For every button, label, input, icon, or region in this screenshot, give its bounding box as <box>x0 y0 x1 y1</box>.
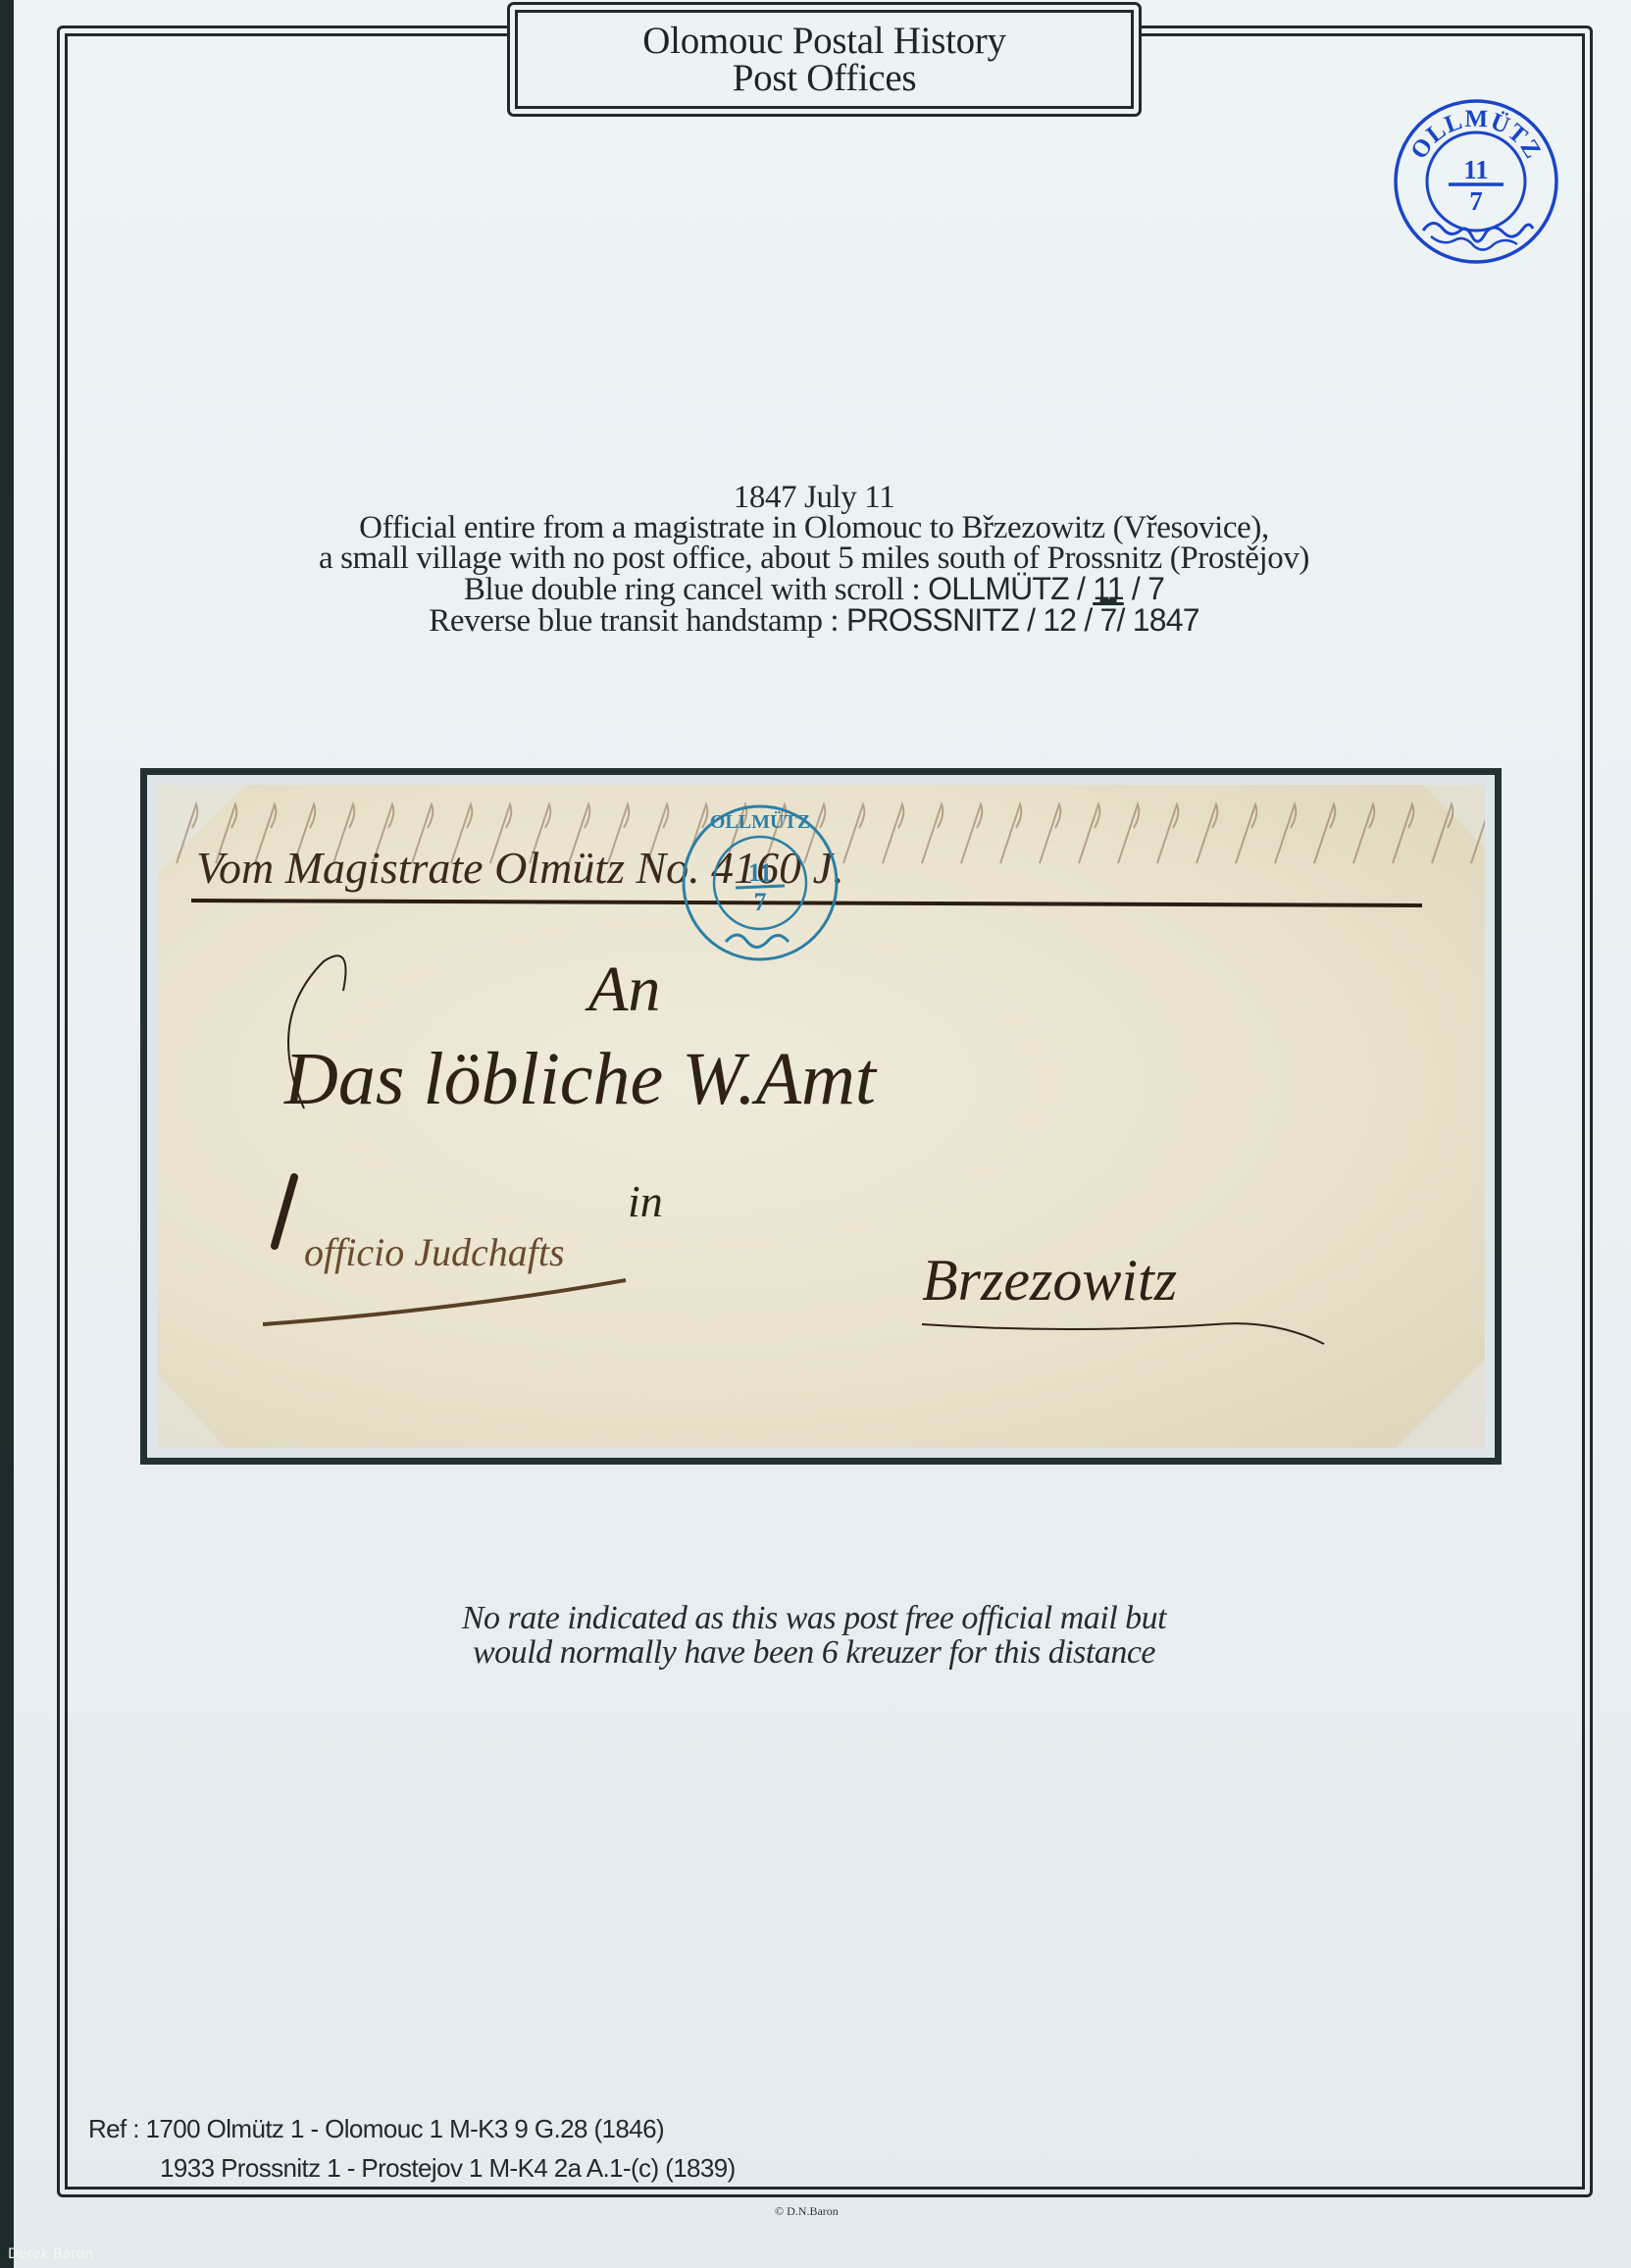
transit-month: 7 <box>1100 602 1117 638</box>
salutation: An <box>585 954 660 1025</box>
transit-day: 12 <box>1043 602 1076 638</box>
letter-cancel-month: 7 <box>754 888 767 916</box>
transit-town: PROSSNITZ <box>846 602 1019 638</box>
separator: / <box>1124 571 1147 606</box>
letter-cancel-town: OLLMÜTZ <box>710 810 810 833</box>
cover-date: 1847 July 11 <box>88 483 1540 513</box>
page-subtitle: Post Offices <box>733 60 916 97</box>
letter-handwriting: Vom Magistrate Olmütz No. 4160 J. OLLMÜT… <box>157 785 1485 1448</box>
separator: / <box>1117 602 1133 638</box>
description-line-1: Official entire from a magistrate in Olo… <box>88 513 1540 543</box>
mount-sleeve: Vom Magistrate Olmütz No. 4160 J. OLLMÜT… <box>147 775 1495 1458</box>
references: Ref : 1700 Olmütz 1 - Olomouc 1 M-K3 9 G… <box>88 2109 736 2188</box>
rate-note-line-1: No rate indicated as this was post free … <box>88 1601 1540 1635</box>
cover-description: 1847 July 11 Official entire from a magi… <box>88 483 1540 637</box>
title-box-inner: Olomouc Postal History Post Offices <box>515 10 1134 109</box>
cancel-town: OLLMÜTZ <box>928 571 1069 606</box>
sender-line: Vom Magistrate Olmütz No. 4160 J. <box>196 843 844 893</box>
destination: Brzezowitz <box>922 1248 1177 1313</box>
transit-label: Reverse blue transit handstamp : <box>429 603 846 639</box>
ollmutz-cancel-illustration: OLLMÜTZ 11 7 <box>1388 93 1564 270</box>
rate-note-line-2: would normally have been 6 kreuzer for t… <box>88 1635 1540 1670</box>
copyright: © D.N.Baron <box>775 2204 839 2219</box>
franking-note: officio Judchafts <box>304 1230 565 1274</box>
scan-edge-strip <box>0 0 14 2268</box>
separator: / <box>1019 602 1043 638</box>
addressee: Das löbliche W.Amt <box>283 1038 878 1120</box>
cancel-day-text: 11 <box>1463 155 1489 184</box>
postal-entire: Vom Magistrate Olmütz No. 4160 J. OLLMÜT… <box>157 785 1485 1448</box>
description-line-3: Blue double ring cancel with scroll : OL… <box>88 574 1540 605</box>
cover-mount: Vom Magistrate Olmütz No. 4160 J. OLLMÜT… <box>140 768 1502 1465</box>
letter-cancel-day: 11 <box>748 858 773 887</box>
reference-1: Ref : 1700 Olmütz 1 - Olomouc 1 M-K3 9 G… <box>88 2109 736 2148</box>
cancel-month: 7 <box>1147 571 1164 606</box>
in-word: in <box>628 1176 663 1226</box>
watermark: Derek Baron <box>8 2246 93 2262</box>
transit-year: 1847 <box>1133 602 1199 638</box>
separator: / <box>1069 571 1093 606</box>
description-line-2: a small village with no post office, abo… <box>88 543 1540 574</box>
page-title: Olomouc Postal History <box>642 23 1005 60</box>
cancel-month-text: 7 <box>1469 186 1483 216</box>
reference-2: 1933 Prossnitz 1 - Prostejov 1 M-K4 2a A… <box>88 2148 736 2188</box>
rate-note: No rate indicated as this was post free … <box>88 1601 1540 1670</box>
cancel-day: 11 <box>1093 571 1124 606</box>
description-line-4: Reverse blue transit handstamp : PROSSNI… <box>88 605 1540 637</box>
separator: / <box>1076 602 1099 638</box>
